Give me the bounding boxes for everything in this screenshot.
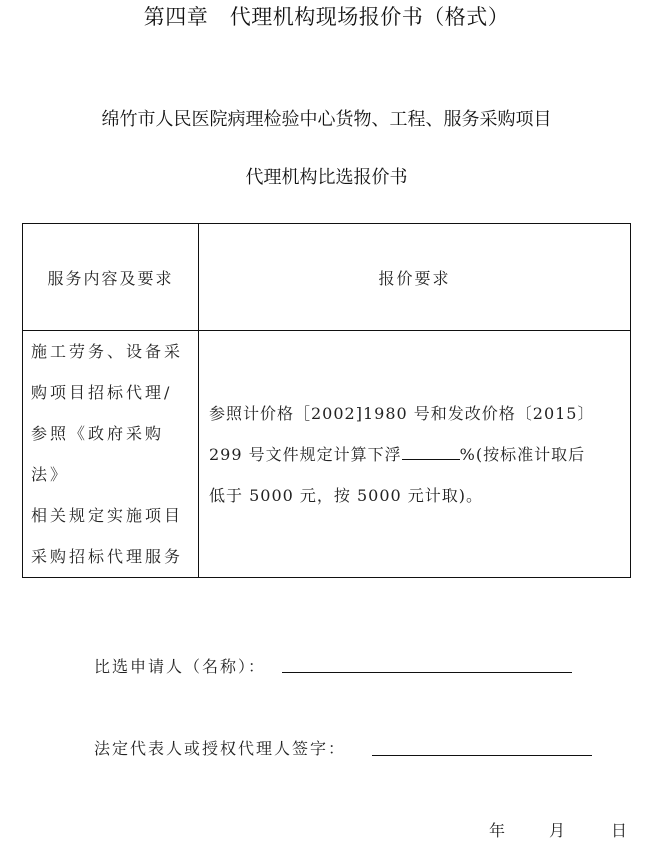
chapter-title: 第四章 代理机构现场报价书（格式）: [0, 2, 653, 32]
service-line: 采购招标代理服务: [31, 536, 192, 577]
quote-requirement-cell: 参照计价格［2002]1980 号和发改价格〔2015〕 299 号文件规定计算…: [199, 331, 631, 578]
service-line: 相关规定实施项目: [31, 495, 192, 536]
date-month-label: 月: [549, 818, 565, 841]
service-description-cell: 施工劳务、设备采 购项目招标代理/ 参照《政府采购法》 相关规定实施项目 采购招…: [23, 331, 199, 578]
requirement-line: 299 号文件规定计算下浮%(按标准计取后: [209, 434, 622, 475]
header-quote-requirement: 报价要求: [199, 224, 631, 331]
service-line: 购项目招标代理/: [31, 372, 192, 413]
project-title: 绵竹市人民医院病理检验中心货物、工程、服务采购项目: [0, 107, 653, 133]
table-row: 施工劳务、设备采 购项目招标代理/ 参照《政府采购法》 相关规定实施项目 采购招…: [23, 331, 631, 578]
date-year-label: 年: [489, 818, 505, 841]
representative-signature-label: 法定代表人或授权代理人签字：: [94, 736, 346, 759]
representative-signature-field[interactable]: [372, 755, 592, 756]
quote-table: 服务内容及要求 报价要求 施工劳务、设备采 购项目招标代理/ 参照《政府采购法》…: [22, 223, 631, 578]
applicant-name-label: 比选申请人（名称）：: [94, 654, 266, 677]
date-day-label: 日: [611, 818, 627, 841]
requirement-text: 299 号文件规定计算下浮: [209, 445, 402, 464]
service-line: 参照《政府采购法》: [31, 413, 192, 495]
discount-percent-field[interactable]: [402, 443, 460, 460]
requirement-text: %(按标准计取后: [460, 445, 585, 464]
header-service-content: 服务内容及要求: [23, 224, 199, 331]
service-line: 施工劳务、设备采: [31, 331, 192, 372]
requirement-line: 低于 5000 元，按 5000 元计取)。: [209, 475, 622, 516]
applicant-name-field[interactable]: [282, 672, 572, 673]
requirement-line: 参照计价格［2002]1980 号和发改价格〔2015〕: [209, 393, 622, 434]
table-header-row: 服务内容及要求 报价要求: [23, 224, 631, 331]
document-subtitle: 代理机构比选报价书: [0, 165, 653, 191]
